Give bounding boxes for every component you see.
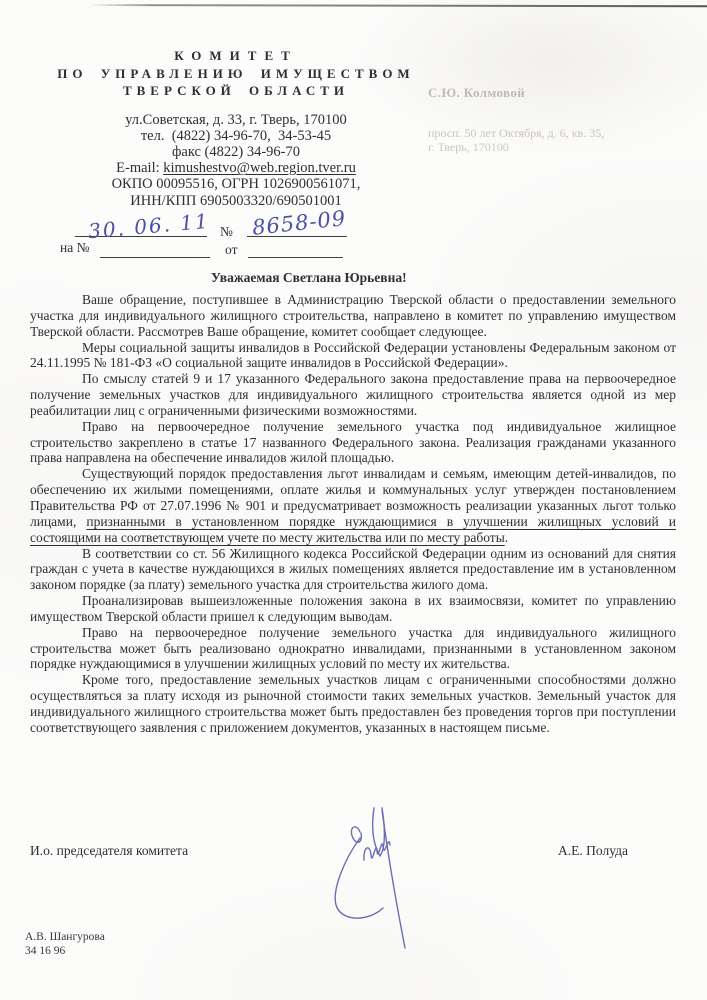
org-address: ул.Советская, д. 33, г. Тверь, 170100 [52,112,420,128]
letterhead: КОМИТЕТ ПО УПРАВЛЕНИЮ ИМУЩЕСТВОМ ТВЕРСКО… [52,47,420,209]
email-label: E-mail: [116,160,160,176]
executor-phone: 34 16 96 [25,945,105,959]
underlined-text: признанными в установленном порядке нужд… [30,514,676,545]
executor-block: А.В. Шангурова 34 16 96 [25,931,105,958]
org-inn-kpp: ИНН/КПП 6905003320/690501001 [52,193,420,209]
scan-edge-artifact [88,4,707,7]
letter-body: Ваше обращение, поступившее в Администра… [30,292,676,736]
recipient-name: С.Ю. Колмовой [428,85,688,101]
paragraph-text: Кроме того, предоставление земельных уча… [30,672,676,735]
scanned-letter-page: КОМИТЕТ ПО УПРАВЛЕНИЮ ИМУЩЕСТВОМ ТВЕРСКО… [0,0,707,1000]
salutation: Уважаемая Светлана Юрьевна! [211,270,407,286]
signer-name: А.Е. Полуда [558,843,628,859]
body-paragraph: В соответствии со ст. 56 Жилищного кодек… [30,546,676,594]
incoming-number-label: на № [60,240,89,256]
paragraph-text: По смыслу статей 9 и 17 указанного Федер… [30,371,676,418]
recipient-address-line2: г. Тверь, 170100 [428,141,688,155]
recipient-block: С.Ю. Колмовой просп. 50 лет Октября, д. … [428,85,688,154]
executor-name: А.В. Шангурова [25,931,105,945]
paragraph-text: В соответствии со ст. 56 Жилищного кодек… [30,546,676,593]
org-email-line: E-mail: kimushestvo@web.region.tver.ru [52,160,420,176]
body-paragraph: Существующий порядок предоставления льго… [30,466,676,545]
body-paragraph: Проанализировав вышеизложенные положения… [30,593,676,625]
body-paragraph: Право на первоочередное получение земель… [30,419,676,467]
email-address: kimushestvo@web.region.tver.ru [163,160,356,176]
paragraph-text: Проанализировав вышеизложенные положения… [30,593,676,624]
body-paragraph: Ваше обращение, поступившее в Администра… [30,292,676,340]
signer-position: И.о. председателя комитета [30,843,188,859]
paragraph-text: Право на первоочередное получение земель… [30,419,676,466]
body-paragraph: По смыслу статей 9 и 17 указанного Федер… [30,371,676,419]
org-okpo-ogrn: ОКПО 00095516, ОГРН 1026900561071, [52,176,420,192]
org-phone: тел. (4822) 34-96-70, 34-53-45 [52,128,420,144]
org-name-line2: ПО УПРАВЛЕНИЮ ИМУЩЕСТВОМ [52,65,420,83]
body-paragraph: Право на первоочередное получение земель… [30,625,676,673]
org-fax: факс (4822) 34-96-70 [52,144,420,160]
body-paragraph: Меры социальной защиты инвалидов в Росси… [30,340,676,372]
from-label: от [225,242,237,258]
org-name-line3: ТВЕРСКОЙ ОБЛАСТИ [52,82,420,100]
paragraph-text: . [505,530,508,545]
from-date-blank-line [248,256,343,258]
paragraph-text: Право на первоочередное получение земель… [30,625,676,672]
handwritten-date: 30. 06. 11 [87,209,210,244]
reference-block: 30. 06. 11 № 8658-09 на № от [60,214,420,264]
number-sign: № [220,224,233,240]
paragraph-text: Ваше обращение, поступившее в Администра… [30,292,676,339]
body-paragraph: Кроме того, предоставление земельных уча… [30,672,676,735]
paragraph-text: Меры социальной защиты инвалидов в Росси… [30,340,676,371]
recipient-address-line1: просп. 50 лет Октября, д. 6, кв. 35, [428,127,688,141]
signature-row: И.о. председателя комитета А.Е. Полуда [30,843,628,859]
incoming-number-blank-line [100,256,210,258]
handwritten-signature-icon [330,806,460,956]
org-name-line1: КОМИТЕТ [52,47,420,65]
